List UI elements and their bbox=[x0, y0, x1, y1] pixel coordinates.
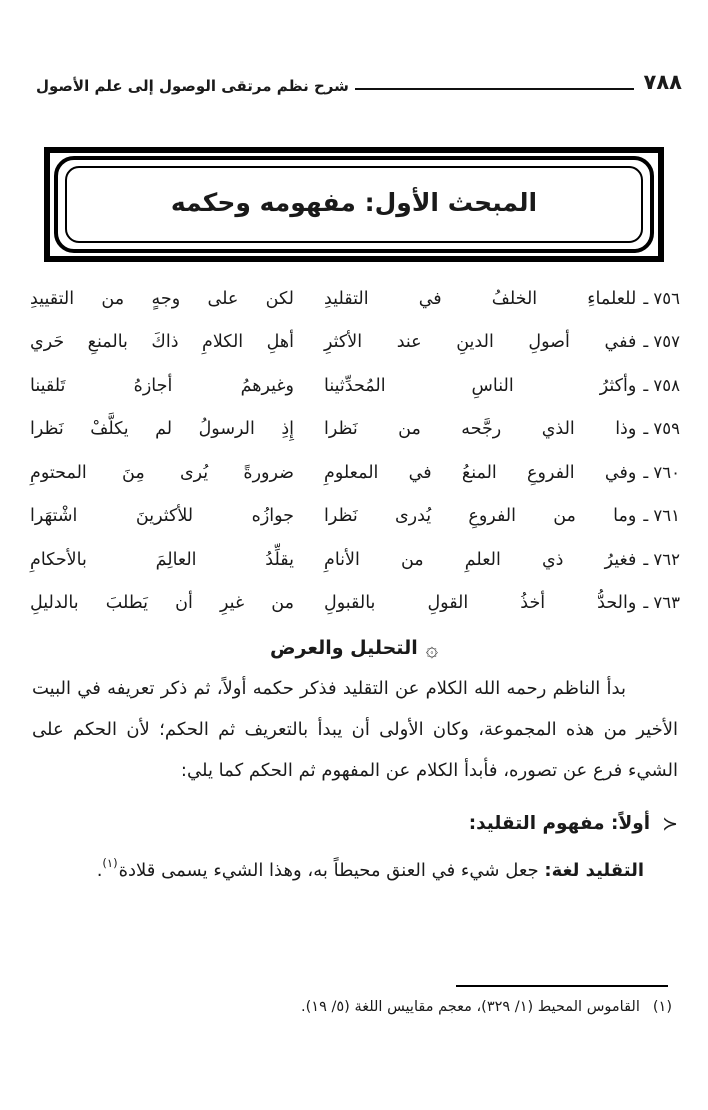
verse-number: ٧٥٨ ـ bbox=[643, 364, 680, 408]
footnotes-area: (١) القاموس المحيط (١/ ٣٢٩)، معجم مقاييس… bbox=[0, 985, 708, 1019]
verse-row: ٧٥٩ ـ وذا الذي رجَّحه من نَظرا إِذِ الرس… bbox=[30, 407, 680, 451]
definition-paragraph: التقليد لغة: جعل شيء في العنق محيطاً به،… bbox=[32, 843, 678, 891]
verse-first-hemistich: وذا الذي رجَّحه من نَظرا bbox=[324, 408, 636, 452]
verse-number: ٧٥٧ ـ bbox=[643, 320, 680, 364]
verse-row: ٧٦٣ ـ والحدُّ أخذُ القولِ بالقبولِ من غي… bbox=[30, 581, 680, 625]
verse-row: ٧٥٦ ـ للعلماءِ الخلفُ في التقليدِ لكن عل… bbox=[30, 277, 680, 321]
verse-second-hemistich: يقلِّدُ العالِمَ بالأحكامِ bbox=[30, 539, 294, 583]
subsection-heading-label: أولاً: مفهوم التقليد: bbox=[469, 813, 650, 834]
chapter-title-box-middle-frame: المبحث الأول: مفهومه وحكمه bbox=[54, 156, 654, 253]
verse-number: ٧٥٩ ـ bbox=[643, 407, 680, 451]
floral-ornament-icon: ۞ bbox=[426, 637, 438, 661]
verse-second-hemistich: من غيرِ أن يَطلبَ بالدليلِ bbox=[30, 582, 294, 626]
chapter-title: المبحث الأول: مفهومه وحكمه bbox=[77, 187, 631, 220]
verse-second-hemistich: جوازُه للأكثرينَ اشْتهَرا bbox=[30, 495, 294, 539]
verse-row: ٧٦١ ـ وما من الفروعِ يُدرى نَظرا جوازُه … bbox=[30, 494, 680, 538]
footnote: (١) القاموس المحيط (١/ ٣٢٩)، معجم مقاييس… bbox=[30, 996, 672, 1019]
analysis-section-heading: ۞التحليل والعرض bbox=[0, 637, 708, 661]
verses-block: ٧٥٦ ـ للعلماءِ الخلفُ في التقليدِ لكن عل… bbox=[30, 277, 680, 625]
verse-first-hemistich: والحدُّ أخذُ القولِ بالقبولِ bbox=[324, 582, 636, 626]
book-title: شرح نظم مرتقى الوصول إلى علم الأصول bbox=[36, 76, 349, 97]
page-header: ٧٨٨ شرح نظم مرتقى الوصول إلى علم الأصول bbox=[36, 72, 682, 97]
verse-first-half: ٧٥٩ ـ وذا الذي رجَّحه من نَظرا bbox=[324, 407, 680, 452]
header-rule-line bbox=[355, 88, 634, 90]
verse-first-half: ٧٦٣ ـ والحدُّ أخذُ القولِ بالقبولِ bbox=[324, 581, 680, 626]
footnote-text: القاموس المحيط (١/ ٣٢٩)، معجم مقاييس الل… bbox=[301, 996, 640, 1019]
verse-first-hemistich: وفي الفروعِ المنعُ في المعلومِ bbox=[324, 452, 636, 496]
chapter-title-box-inner-frame: المبحث الأول: مفهومه وحكمه bbox=[65, 166, 643, 243]
verse-first-hemistich: للعلماءِ الخلفُ في التقليدِ bbox=[324, 278, 636, 322]
subsection-heading: ≺ أولاً: مفهوم التقليد: bbox=[30, 813, 678, 835]
verse-first-half: ٧٦٢ ـ فغيرُ ذي العلمِ من الأنامِ bbox=[324, 538, 680, 583]
definition-body: جعل شيء في العنق محيطاً به، وهذا الشيء ي… bbox=[119, 860, 545, 881]
arrow-bullet-icon: ≺ bbox=[662, 813, 678, 835]
verse-row: ٧٦٢ ـ فغيرُ ذي العلمِ من الأنامِ يقلِّدُ… bbox=[30, 538, 680, 582]
analysis-heading-label: التحليل والعرض bbox=[270, 637, 418, 659]
verse-first-hemistich: ففي أصولِ الدينِ عند الأكثرِ bbox=[324, 321, 636, 365]
analysis-paragraph: بدأ الناظم رحمه الله الكلام عن التقليد ف… bbox=[32, 668, 678, 791]
footnote-marker: (١) bbox=[653, 996, 672, 1019]
verse-first-half: ٧٥٧ ـ ففي أصولِ الدينِ عند الأكثرِ bbox=[324, 320, 680, 365]
verse-row: ٧٥٧ ـ ففي أصولِ الدينِ عند الأكثرِ أهلِ … bbox=[30, 320, 680, 364]
footnote-reference: (١) bbox=[102, 856, 117, 870]
verse-second-hemistich: أهلِ الكلامِ ذاكَ بالمنعِ حَري bbox=[30, 321, 294, 365]
verse-row: ٧٥٨ ـ وأكثرُ الناسِ المُحدِّثينا وغيرهمُ… bbox=[30, 364, 680, 408]
verse-number: ٧٦٢ ـ bbox=[643, 538, 680, 582]
verse-second-hemistich: لكن على وجهٍ من التقييدِ bbox=[30, 278, 294, 322]
definition-term: التقليد لغة: bbox=[544, 860, 644, 881]
verse-first-half: ٧٦١ ـ وما من الفروعِ يُدرى نَظرا bbox=[324, 494, 680, 539]
verse-number: ٧٦١ ـ bbox=[643, 494, 680, 538]
verse-number: ٧٦٣ ـ bbox=[643, 581, 680, 625]
verse-first-hemistich: فغيرُ ذي العلمِ من الأنامِ bbox=[324, 539, 636, 583]
verse-first-half: ٧٥٦ ـ للعلماءِ الخلفُ في التقليدِ bbox=[324, 277, 680, 322]
verse-second-hemistich: ضرورةً يُرى مِنَ المحتومِ bbox=[30, 452, 294, 496]
page-number: ٧٨٨ bbox=[644, 72, 682, 97]
verse-number: ٧٦٠ ـ bbox=[643, 451, 680, 495]
chapter-title-box: المبحث الأول: مفهومه وحكمه bbox=[44, 147, 664, 262]
footnote-separator-line bbox=[456, 985, 668, 987]
book-page: ٧٨٨ شرح نظم مرتقى الوصول إلى علم الأصول … bbox=[0, 0, 708, 1110]
verse-first-half: ٧٥٨ ـ وأكثرُ الناسِ المُحدِّثينا bbox=[324, 364, 680, 409]
verse-second-hemistich: إِذِ الرسولُ لم يكلَّفْ نَظرا bbox=[30, 408, 294, 452]
verse-number: ٧٥٦ ـ bbox=[643, 277, 680, 321]
verse-second-hemistich: وغيرهمُ أجازهُ تَلقينا bbox=[30, 365, 294, 409]
verse-first-hemistich: وأكثرُ الناسِ المُحدِّثينا bbox=[324, 365, 636, 409]
verse-first-half: ٧٦٠ ـ وفي الفروعِ المنعُ في المعلومِ bbox=[324, 451, 680, 496]
verse-row: ٧٦٠ ـ وفي الفروعِ المنعُ في المعلومِ ضرو… bbox=[30, 451, 680, 495]
verse-first-hemistich: وما من الفروعِ يُدرى نَظرا bbox=[324, 495, 636, 539]
